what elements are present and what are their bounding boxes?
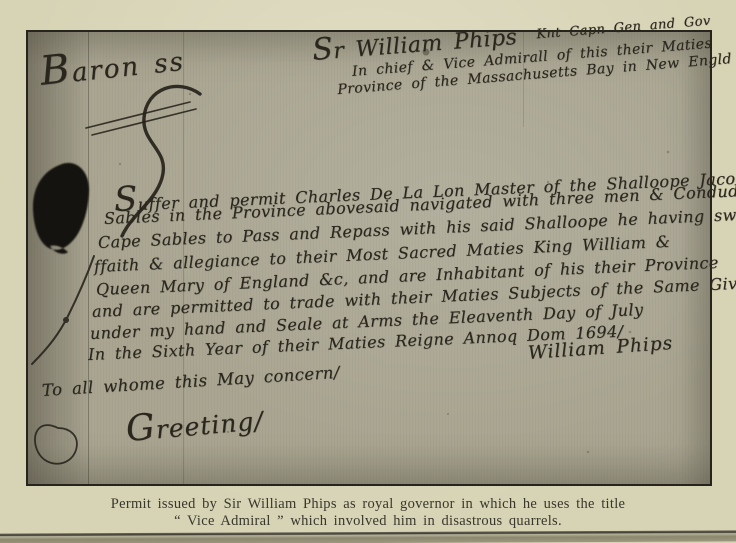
- left-margin-flourish: [32, 256, 94, 464]
- caption-line-1: Permit issued by Sir William Phips as ro…: [0, 496, 736, 513]
- heading-underline-flourish: [86, 102, 196, 135]
- printed-caption: Permit issued by Sir William Phips as ro…: [0, 496, 736, 530]
- caption-line-2: “ Vice Admiral ” which involved him in d…: [0, 513, 736, 530]
- page-bottom-edge: [0, 530, 736, 543]
- document-photograph: Baron ss Sr William Phips Knt Capn Gen a…: [26, 30, 712, 486]
- book-page-surface: Baron ss Sr William Phips Knt Capn Gen a…: [0, 0, 736, 543]
